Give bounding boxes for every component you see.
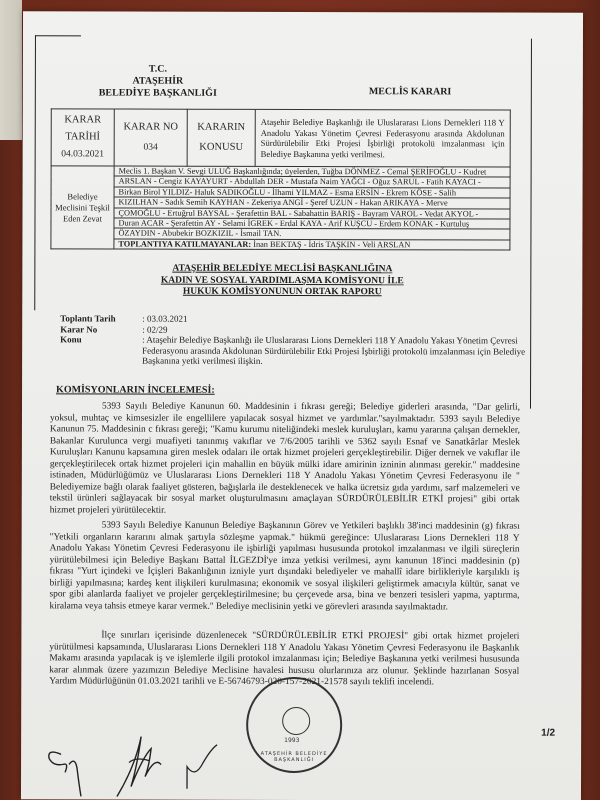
issuer-header: T.C. ATAŞEHİR BELEDİYE BAŞKANLIĞI bbox=[83, 63, 233, 99]
member-line: ARSLAN - Cengiz KAYAYURT - Abdullah DER … bbox=[114, 176, 510, 187]
crescent-icon bbox=[282, 707, 310, 735]
decision-date-label: TARİHİ bbox=[53, 130, 113, 144]
report-title-line: ATAŞEHİR BELEDİYE MECLİSİ BAŞKANLIĞINA bbox=[132, 264, 432, 276]
decision-subject-label-cell: KARARIN KONUSU bbox=[187, 109, 255, 166]
official-stamp: 1993 ATAŞEHİR BELEDİYE BAŞKANLIĞI bbox=[246, 677, 342, 773]
meeting-date-row: Toplantı Tarih: 03.03.2021 bbox=[60, 313, 187, 324]
decision-date-cell: KARAR TARİHİ 04.03.2021 bbox=[51, 109, 114, 166]
report-meta: Toplantı Tarih: 03.03.2021 Karar No: 02/… bbox=[60, 313, 187, 345]
frame-line bbox=[34, 35, 36, 310]
decision-table: KARAR TARİHİ 04.03.2021 KARAR NO 034 KAR… bbox=[50, 108, 510, 250]
members-label: Belediye bbox=[53, 191, 113, 202]
stamp-text: ATAŞEHİR BELEDİYE BAŞKANLIĞI bbox=[258, 751, 330, 763]
decision-subject-label: KARARIN bbox=[189, 118, 254, 138]
subject-label: Konu bbox=[60, 334, 142, 345]
member-line: Duran ACAR - Şerafettin AY - Selami İGRE… bbox=[114, 218, 510, 229]
background-paper-edge bbox=[0, 0, 22, 140]
decision-subject-text: Ataşehir Belediye Başkanlığı ile Uluslar… bbox=[255, 109, 510, 167]
subject-value: : Ataşehir Belediye Başkanlığı ile Ulusl… bbox=[142, 335, 562, 368]
member-line: Birkan Birol YILDIZ- Haluk SADIKOĞLU - İ… bbox=[114, 187, 510, 198]
decision-date-label: KARAR bbox=[53, 110, 113, 130]
document-page: T.C. ATAŞEHİR BELEDİYE BAŞKANLIĞI MECLİS… bbox=[21, 11, 583, 800]
meeting-date-value: : 03.03.2021 bbox=[142, 314, 187, 325]
absent-label: TOPLANTIYA KATILMAYANLAR: bbox=[118, 239, 251, 248]
document-type: MECLİS KARARI bbox=[369, 86, 452, 97]
decision-date-value: 04.03.2021 bbox=[53, 144, 113, 164]
decision-subject-label: KONUSU bbox=[189, 138, 254, 158]
members-label: Eden Zevat bbox=[52, 213, 112, 224]
absent-names: İnan BEKTAŞ - İdris TAŞKIN - Veli ARSLAN bbox=[251, 240, 410, 249]
subject-row: Konu : Ataşehir Belediye Başkanlığı ile … bbox=[60, 334, 187, 345]
issuer-line: BELEDİYE BAŞKANLIĞI bbox=[83, 87, 233, 99]
frame-line bbox=[35, 35, 81, 36]
paragraph-2: 5393 Sayılı Belediye Kanunun Belediye Ba… bbox=[49, 520, 519, 613]
member-line: Meclis 1. Başkan V. Sevgi ULUĞ Başkanlığ… bbox=[114, 166, 510, 177]
report-title-line: HUKUK KOMİSYONUNUN ORTAK RAPORU bbox=[132, 287, 432, 299]
decision-no-label: KARAR NO bbox=[116, 118, 186, 138]
issuer-line: T.C. bbox=[83, 63, 233, 75]
decision-no-meta-label: Karar No bbox=[60, 324, 142, 335]
member-line: ÇOMOĞLU - Ertuğrul BAYSAL - Şerafettin B… bbox=[114, 208, 510, 219]
decision-no-value: 034 bbox=[116, 138, 186, 158]
decision-no-cell: KARAR NO 034 bbox=[114, 109, 187, 166]
members-label: Meclisini Teşkil bbox=[53, 202, 113, 213]
decision-no-meta-value: : 02/29 bbox=[142, 324, 167, 335]
signatures-icon bbox=[39, 726, 239, 800]
absent-members-row: TOPLANTIYA KATILMAYANLAR: İnan BEKTAŞ - … bbox=[114, 239, 510, 250]
paragraph-text: 5393 Sayılı Belediye Kanunun 60. Maddesi… bbox=[50, 401, 520, 517]
paragraph-text: 5393 Sayılı Belediye Kanunun Belediye Ba… bbox=[49, 520, 519, 613]
paragraph-1: 5393 Sayılı Belediye Kanunun 60. Maddesi… bbox=[50, 401, 520, 517]
members-label-cell: Belediye Meclisini Teşkil Eden Zevat bbox=[51, 166, 114, 249]
report-title-line: KADIN VE SOSYAL YARDIMLAŞMA KOMİSYONU İL… bbox=[132, 275, 432, 287]
section-heading: KOMİSYONLARIN İNCELEMESİ: bbox=[56, 384, 215, 395]
member-line: ÖZAYDIN - Abubekir BOZKIZIL - İsmail TAN… bbox=[114, 228, 510, 239]
page-number: 1/2 bbox=[541, 728, 555, 739]
issuer-line: ATAŞEHİR bbox=[83, 75, 233, 87]
report-title: ATAŞEHİR BELEDİYE MECLİSİ BAŞKANLIĞINA K… bbox=[132, 264, 432, 299]
stamp-year: 1993 bbox=[284, 737, 299, 744]
meeting-date-label: Toplantı Tarih bbox=[60, 313, 142, 324]
member-line: KIZILHAN - Sadık Semih KAYHAN - Zekeriya… bbox=[114, 197, 510, 208]
decision-no-row: Karar No: 02/29 bbox=[60, 324, 187, 335]
